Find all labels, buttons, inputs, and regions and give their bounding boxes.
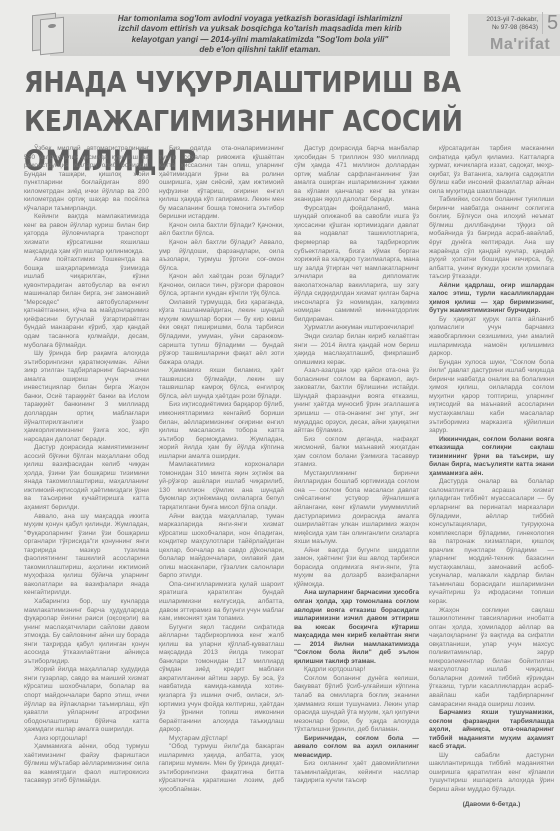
paragraph: Мамлакатимиз корхоналари томонидан 310 м… — [159, 461, 284, 512]
paragraph: Қадрли юртдошлар! — [294, 666, 419, 675]
paragraph: Мустақилликнинг биринчи йилларидан бошла… — [294, 470, 419, 547]
paragraph: Ана шуларнинг барчасини ҳисобга олган ҳо… — [294, 589, 419, 666]
paragraph: Энди сизлар билан кириб келаётган янги —… — [294, 333, 419, 367]
paragraph: Ҳаммамизга аёнки, обод турмуш хаётимизни… — [24, 743, 149, 786]
paragraph: Бугунги яқол тасдиғи сифатида аёлларни т… — [159, 624, 284, 735]
paragraph: Муҳтарам дўстлар! — [159, 735, 284, 744]
slogan: Har tomonlama sog'lom avlodni voyaga yet… — [80, 14, 440, 55]
continuation-note: (Давоми 6-бетда.) — [429, 801, 554, 810]
paragraph: Соғлом боланинг дунёга келиши, бақувват … — [294, 675, 419, 735]
paragraph: Аввало, ана шу мақсадда иккита муҳим қон… — [24, 513, 149, 598]
slogan-line: izchil davom ettirish va yuksak bosqichg… — [80, 24, 440, 34]
paragraph: Дастур доирасида жамиятимизнинг асосий б… — [24, 444, 149, 512]
section-name: Ma'rifat — [490, 36, 550, 54]
paragraph: Бундан хулоса шуки, "Соғлом бола йили" д… — [429, 359, 554, 436]
paragraph: Азиз юртдошлар! — [24, 735, 149, 744]
slogan-line: Har tomonlama sog'lom avlodni voyaga yet… — [80, 14, 440, 24]
paragraph: Опа-сингилларимизга қулай шароит яратишг… — [159, 581, 284, 624]
paragraph: Ҳурматли анжуман иштирокчилари! — [294, 324, 419, 333]
headline-line: ЯНАДА ЧУҚУРЛАШТИРИШ ВА — [24, 64, 560, 103]
paragraph: Биз оиланинг ҳаёт давомийлигини таъминла… — [294, 760, 419, 786]
paragraph: Биз соғлом деганда, нафақат жисмоний, ба… — [294, 436, 419, 470]
masthead: Har tomonlama sog'lom avlodni voyaga yet… — [28, 8, 560, 58]
paragraph: Аёлни қадрлаш, оғир ишлардан халос этиш,… — [429, 282, 554, 316]
paragraph: Қачон оила бахтли бўлади? Қачонки, аёл б… — [159, 222, 284, 239]
newspaper-page: Har tomonlama sog'lom avlodni voyaga yet… — [0, 0, 560, 831]
paragraph: Бу ҳақиқат қурук гапга айланиб қолмаслиг… — [429, 316, 554, 359]
paragraph: Барчамиз яхши тушунамизки, соғлом фарзан… — [429, 709, 554, 752]
slogan-line: kelayotgan yangi — 2014-yilni mamlakatim… — [80, 35, 440, 45]
article-body: Ўзбек миллий автомагистралининг 530 кило… — [24, 145, 554, 825]
paragraph: Азал-азалдан ҳар қайси ота-она ўз боласи… — [294, 367, 419, 435]
page-number: 5 — [542, 12, 558, 34]
paragraph: Айни вақтда маҳаллалар, туман марказлари… — [159, 513, 284, 581]
book-icon — [30, 10, 64, 54]
book-front-icon — [40, 17, 64, 56]
issue-info: 2013-yil 7-dekabr, № 97-98 (8643) — [464, 16, 538, 32]
paragraph: Оилавий турмушда, биз қараганда, кўзга т… — [159, 299, 284, 367]
issue-number: № 97-98 (8643) — [464, 24, 538, 32]
paragraph: "Обод турмуш йили"да бажарган ишларимиз … — [159, 743, 284, 794]
column-4: кўрсатадиган тарбия масканини сифатида қ… — [429, 145, 554, 825]
paragraph: Кейинги вақтда мамлакатимизда кенг ва ра… — [24, 213, 149, 256]
paragraph: Табиийки, соғлом боланинг туғилиши бирин… — [429, 196, 554, 281]
slogan-line: deb e'lon qilishni taklif etaman. — [80, 45, 440, 55]
paragraph: Биз одатда ота-оналаримизнинг турли соҳа… — [159, 145, 284, 222]
paragraph: Биз иқтисодиётимиз барқарор бўлиб, имкон… — [159, 401, 284, 461]
paragraph: Қачон аёл бахтли бўлади? Аввало, умр йўл… — [159, 239, 284, 273]
paragraph: Хабарингиз бор, шу кунларда мамлакатимиз… — [24, 598, 149, 666]
paragraph: Шу сабабли дастурни шакллантиришда тибби… — [429, 752, 554, 795]
paragraph: Шу ўринда бир рақамга алоҳида эътиборинг… — [24, 350, 149, 444]
paragraph: Биринчидан, соғлом бола — аввало соғлом … — [294, 735, 419, 761]
column-3: Дастур доирасида барча манбалар ҳисобида… — [294, 145, 419, 825]
column-2: Биз одатда ота-оналаримизнинг турли соҳа… — [159, 145, 284, 825]
issue-date: 2013-yil 7-dekabr, — [464, 16, 538, 24]
paragraph: Азим пойтахтимиз Тошкентда ва бошқа шаҳа… — [24, 256, 149, 350]
paragraph: кўрсатадиган тарбия масканини сифатида қ… — [429, 145, 554, 196]
paragraph: Ҳаммамиз яхши биламиз, ҳаёт ташвишсиз бў… — [159, 367, 284, 401]
paragraph: Айни вақтда бугунги шиддатли замон, ҳаёт… — [294, 547, 419, 590]
paragraph: Дастур доирасида барча манбалар ҳисобида… — [294, 145, 419, 205]
paragraph: Дастурда оналар ва болалар саломатлигига… — [429, 478, 554, 606]
paragraph: Иккинчидан, соғлом болани вояга етказишд… — [429, 436, 554, 479]
paragraph: Жорий йилда маҳаллалар ҳудудида янги гуз… — [24, 666, 149, 734]
column-1: Ўзбек миллий автомагистралининг 530 кило… — [24, 145, 149, 825]
paragraph: Қачон аёл хаётдан рози бўлади? Қачонки, … — [159, 273, 284, 299]
paragraph: Ўзбек миллий автомагистралининг 530 кило… — [24, 145, 149, 213]
paragraph: Фурсатдан фойдаланиб, мана шундай олижан… — [294, 205, 419, 325]
paragraph: Жаҳон соғлиқни сақлаш ташкилотининг тавс… — [429, 607, 554, 710]
